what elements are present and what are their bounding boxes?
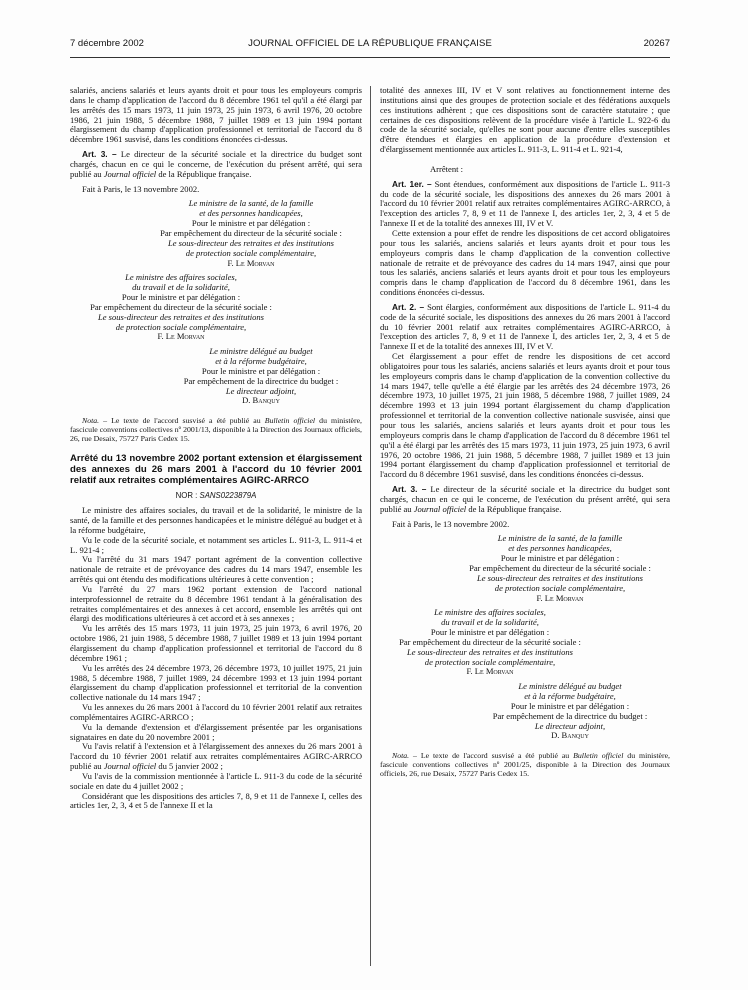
visa: Vu les arrêtés des 24 décembre 1973, 26 …: [70, 664, 362, 703]
visa: Vu les annexes du 26 mars 2001 à l'accor…: [70, 703, 362, 723]
arretent-heading: Arrêtent :: [380, 165, 670, 175]
signature-block-affaires-sociales: Le ministre des affaires sociales, du tr…: [380, 608, 600, 677]
visa: Vu le code de la sécurité sociale, et no…: [70, 536, 362, 556]
visa: Vu la demande d'extension et d'élargisse…: [70, 723, 362, 743]
visa: Vu l'arrêté du 31 mars 1947 portant agré…: [70, 555, 362, 585]
signatory-name: F. Le Morvan: [140, 259, 362, 269]
visa: Vu l'avis relatif à l'extension et à l'é…: [70, 742, 362, 772]
signature-block-sante: Le ministre de la santé, de la famille e…: [450, 534, 670, 603]
signature-block-budget: Le ministre délégué au budget et à la ré…: [470, 682, 670, 741]
article-2: Art. 2. – Sont élargies, conformément au…: [380, 303, 670, 352]
header-rule: [70, 57, 670, 58]
nor-reference: NOR : SANS0223879A: [70, 491, 362, 501]
signatory-name: F. Le Morvan: [70, 332, 292, 342]
left-column: salariés, anciens salariés et leurs ayan…: [70, 86, 362, 811]
article-1: Art. 1er. – Sont étendues, conformément …: [380, 180, 670, 229]
page-header: 7 décembre 2002 JOURNAL OFFICIEL DE LA R…: [70, 38, 670, 52]
paragraph: Cet élargissement a pour effet de rendre…: [380, 352, 670, 480]
signatory-name: F. Le Morvan: [450, 594, 670, 604]
nota: Nota. – Le texte de l'accord susvisé a é…: [70, 416, 362, 443]
signature-block-budget: Le ministre délégué au budget et à la ré…: [160, 347, 362, 406]
considerant: Considérant que les dispositions des art…: [70, 792, 362, 812]
arrete-title: Arrêté du 13 novembre 2002 portant exten…: [70, 453, 362, 486]
header-journal-title: JOURNAL OFFICIEL DE LA RÉPUBLIQUE FRANÇA…: [70, 38, 670, 49]
fait-a-paris: Fait à Paris, le 13 novembre 2002.: [380, 520, 670, 530]
signatory-name: D. Banquy: [160, 396, 362, 406]
signature-block-affaires-sociales: Le ministre des affaires sociales, du tr…: [70, 273, 292, 342]
paragraph: Cette extension a pour effet de rendre l…: [380, 229, 670, 298]
visa: Vu l'arrêté du 27 mars 1962 portant exte…: [70, 585, 362, 624]
visa: Vu les arrêtés des 15 mars 1973, 11 juin…: [70, 624, 362, 663]
signatory-name: D. Banquy: [470, 731, 670, 741]
signatory-name: F. Le Morvan: [380, 667, 600, 677]
article-3: Art. 3. – Le directeur de la sécurité so…: [70, 150, 362, 180]
article-3: Art. 3. – Le directeur de la sécurité so…: [380, 485, 670, 515]
fait-a-paris: Fait à Paris, le 13 novembre 2002.: [70, 185, 362, 195]
paragraph: totalité des annexes III, IV et V sont r…: [380, 86, 670, 155]
nota: Nota. – Le texte de l'accord susvisé a é…: [380, 751, 670, 778]
column-separator: [370, 86, 371, 966]
signature-block-sante: Le ministre de la santé, de la famille e…: [140, 199, 362, 268]
header-page-number: 20267: [644, 38, 670, 49]
right-column: totalité des annexes III, IV et V sont r…: [380, 86, 670, 778]
preamble: Le ministre des affaires sociales, du tr…: [70, 506, 362, 536]
paragraph: salariés, anciens salariés et leurs ayan…: [70, 86, 362, 145]
visa: Vu l'avis de la commission mentionnée à …: [70, 772, 362, 792]
